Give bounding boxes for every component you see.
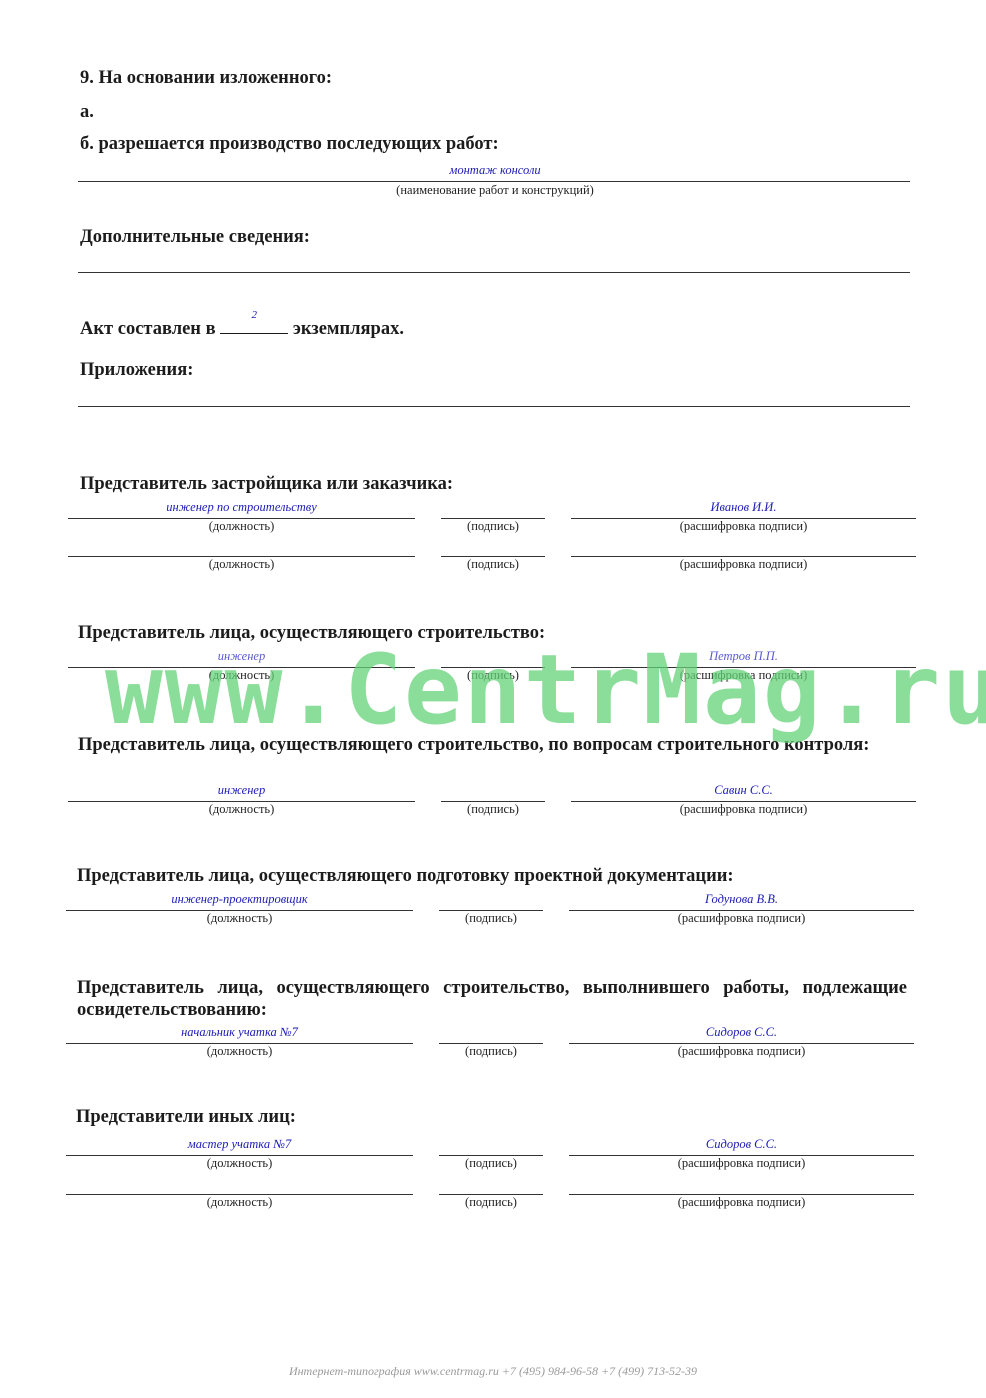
signature-caption: (подпись) [439,1156,543,1171]
name-value: Савин С.С. [571,783,916,798]
copies-prefix: Акт составлен в [80,319,216,339]
copies-line: Акт составлен в 2 экземплярах. [80,317,404,340]
representative-heading: Представитель лица, осуществляющего подг… [77,866,734,887]
position-caption: (должность) [68,802,415,817]
decoding-caption: (расшифровка подписи) [569,1156,914,1171]
signature-caption: (подпись) [441,519,545,534]
position-caption: (должность) [66,1044,413,1059]
additional-info-heading: Дополнительные сведения: [80,227,310,248]
position-value: инженер [68,649,415,664]
position-caption: (должность) [66,1156,413,1171]
representative-heading: Представители иных лиц: [76,1107,296,1128]
representative-heading: Представитель лица, осуществляющего стро… [78,623,545,644]
decoding-caption: (расшифровка подписи) [569,1195,914,1210]
copies-suffix: экземплярах. [293,319,404,339]
representative-heading: Представитель лица, осуществляющего стро… [78,734,908,756]
signature-caption: (подпись) [441,802,545,817]
item-a-label: а. [80,102,94,123]
attachments-line[interactable] [78,406,910,407]
signature-caption: (подпись) [439,1044,543,1059]
position-value: инженер по строительству [68,500,415,515]
works-line [78,181,910,182]
name-value: Сидоров С.С. [569,1137,914,1152]
position-caption: (должность) [66,1195,413,1210]
decoding-caption: (расшифровка подписи) [571,519,916,534]
position-value: инженер-проектировщик [66,892,413,907]
decoding-caption: (расшифровка подписи) [569,1044,914,1059]
position-value: начальник учатка №7 [66,1025,413,1040]
decoding-caption: (расшифровка подписи) [571,668,916,683]
signature-caption: (подпись) [441,668,545,683]
representative-heading: Представитель застройщика или заказчика: [80,474,453,495]
position-value: мастер учатка №7 [66,1137,413,1152]
position-caption: (должность) [68,557,415,572]
copies-field[interactable]: 2 [220,317,288,334]
name-value: Петров П.П. [571,649,916,664]
works-caption: (наименование работ и конструкций) [80,183,910,198]
works-value[interactable]: монтаж консоли [80,163,910,178]
position-caption: (должность) [66,911,413,926]
name-value: Иванов И.И. [571,500,916,515]
signature-caption: (подпись) [439,911,543,926]
section-9-heading: 9. На основании изложенного: [80,68,332,89]
position-caption: (должность) [68,668,415,683]
decoding-caption: (расшифровка подписи) [571,557,916,572]
footer-contacts: Интернет-типография www.centrmag.ru +7 (… [0,1364,986,1379]
decoding-caption: (расшифровка подписи) [571,802,916,817]
signature-caption: (подпись) [439,1195,543,1210]
name-value: Сидоров С.С. [569,1025,914,1040]
attachments-heading: Приложения: [80,360,193,381]
item-b-label: б. разрешается производство последующих … [80,134,499,155]
copies-value: 2 [220,309,288,321]
name-value: Годунова В.В. [569,892,914,907]
representative-heading: Представитель лица, осуществляющего стро… [77,977,907,1021]
position-caption: (должность) [68,519,415,534]
decoding-caption: (расшифровка подписи) [569,911,914,926]
additional-info-line[interactable] [78,272,910,273]
position-value: инженер [68,783,415,798]
signature-caption: (подпись) [441,557,545,572]
